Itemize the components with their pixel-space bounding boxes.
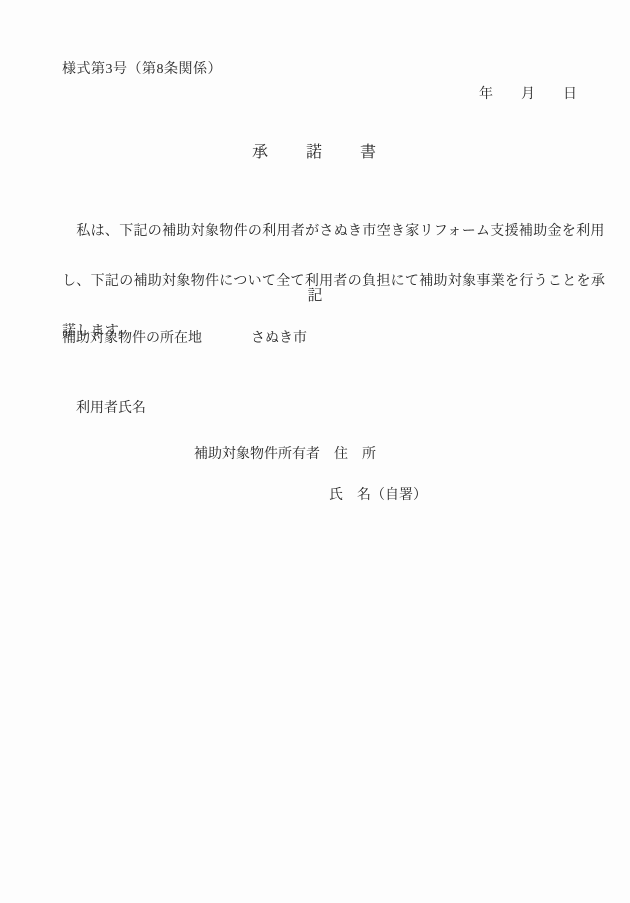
date-line: 年 月 日 [479,88,577,102]
owner-address-label: 補助対象物件所有者 住 所 [194,447,376,462]
property-location-label: 補助対象物件の所在地 [62,332,202,346]
property-location-value: さぬき市 [251,332,307,346]
consent-form-page: 様式第3号（第8条関係） 年 月 日 承 諾 書 私は、下記の補助対象物件の利用… [0,0,630,903]
property-location-row: 補助対象物件の所在地 さぬき市 [62,332,307,346]
body-line-1: 私は、下記の補助対象物件の利用者がさぬき市空き家リフォーム支援補助金を利用 [62,221,574,243]
user-name-label: 利用者氏名 [76,401,146,416]
owner-signature-label: 氏 名（自署） [329,488,427,503]
user-name-row: 利用者氏名 [62,388,146,444]
document-title: 承 諾 書 [0,145,630,161]
section-marker-ki: 記 [0,289,630,304]
form-number: 様式第3号（第8条関係） [62,63,222,77]
owner-signature-row: 氏 名（自署） [315,475,427,531]
